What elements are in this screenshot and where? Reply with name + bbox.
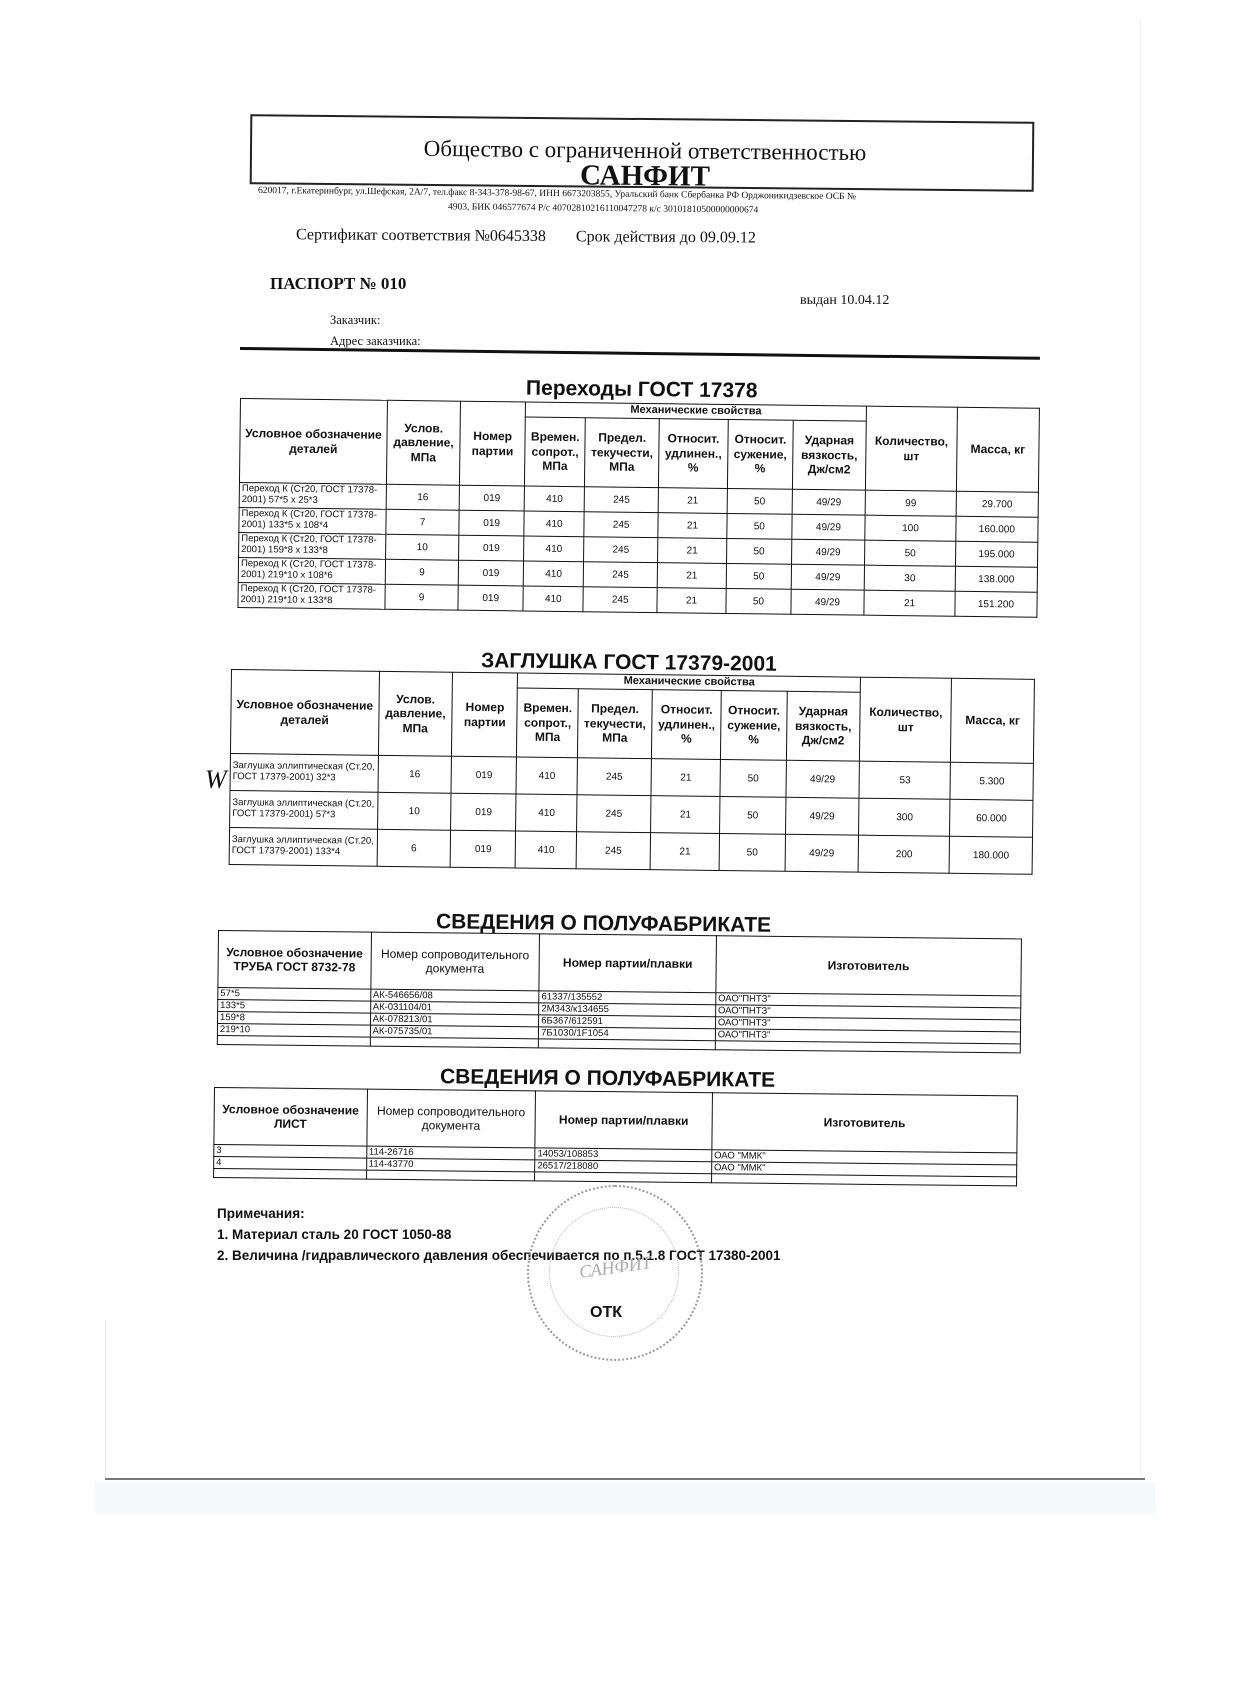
empty-cell <box>370 1037 539 1048</box>
designation-value: 219*10 <box>217 1024 370 1038</box>
elongation-value: 21 <box>651 796 721 834</box>
org-bank-details: 4903, БИК 046577674 Р/с 4070281021611004… <box>448 202 758 215</box>
stamp-label: ОТК <box>590 1304 622 1322</box>
part-designation: Заглушка эллиптическая (Ст.20, ГОСТ 1737… <box>230 790 378 829</box>
quantity-value: 50 <box>865 540 956 566</box>
mass-value: 195.000 <box>955 541 1037 567</box>
quantity-value: 99 <box>865 490 956 516</box>
batch-heat-value: 6Б367/612591 <box>539 1015 716 1029</box>
semi-pipe-table: Условное обозначение ТРУБА ГОСТ 8732-78Н… <box>217 930 1022 1053</box>
col-header-quantity: Количество, шт <box>860 677 952 762</box>
document-value: АК-078213/01 <box>370 1013 539 1027</box>
customer-label: Заказчик: <box>330 313 380 328</box>
yield-value: 245 <box>584 537 658 563</box>
elongation-value: 21 <box>658 488 727 514</box>
mass-value: 180.000 <box>949 836 1032 874</box>
contraction-value: 50 <box>726 563 791 589</box>
semi-sheet-table: Условное обозначение ЛИСТНомер сопроводи… <box>213 1087 1018 1186</box>
designation-value: 159*8 <box>218 1012 371 1026</box>
notes-title: Примечания: <box>217 1203 781 1224</box>
mass-value: 160.000 <box>956 516 1038 542</box>
divider <box>240 347 1040 360</box>
col-header-elongation: Относит. удлинен., % <box>658 419 728 489</box>
tensile-value: 410 <box>516 757 577 795</box>
contraction-value: 50 <box>727 513 792 539</box>
col-header-yield: Предел. текучести, МПа <box>585 418 659 488</box>
certificate-validity: Срок действия до 09.09.12 <box>576 228 756 246</box>
col-header-batch: Номер партии <box>452 672 518 757</box>
col-header-designation: Условное обозначение ТРУБА ГОСТ 8732-78 <box>218 931 371 990</box>
quantity-value: 100 <box>865 515 956 541</box>
quantity-value: 300 <box>859 798 951 836</box>
mass-value: 5.300 <box>950 762 1033 800</box>
part-designation: Переход К (Ст20, ГОСТ 17378-2001) 219*10… <box>238 582 385 609</box>
contraction-value: 50 <box>720 759 786 797</box>
impact-value: 49/29 <box>791 539 865 565</box>
yield-value: 245 <box>584 562 658 588</box>
batch-heat-value: 26517/218080 <box>535 1160 712 1174</box>
yield-value: 245 <box>584 512 658 538</box>
col-header-batch-heat: Номер партии/плавки <box>535 1091 712 1150</box>
designation-value: 133*5 <box>218 1000 371 1014</box>
col-header-document: Номер сопроводительного документа <box>370 932 539 991</box>
part-designation: Переход К (Ст20, ГОСТ 17378-2001) 133*5 … <box>239 507 386 534</box>
batch-value: 019 <box>458 560 523 586</box>
quantity-value: 200 <box>858 835 950 873</box>
col-header-document: Номер сопроводительного документа <box>366 1089 535 1148</box>
scan-artifact <box>95 1482 1155 1514</box>
elongation-value: 21 <box>651 759 721 797</box>
impact-value: 49/29 <box>785 834 859 872</box>
otk-stamp: САНФИТ ОТК <box>527 1185 703 1361</box>
elongation-value: 21 <box>650 833 720 871</box>
empty-cell <box>711 1174 1016 1186</box>
col-header-mass: Масса, кг <box>951 678 1035 763</box>
caps-table: Условное обозначение деталейУслов. давле… <box>229 669 1035 875</box>
empty-cell <box>214 1169 367 1180</box>
impact-value: 49/29 <box>792 489 866 515</box>
pressure-value: 6 <box>377 829 451 867</box>
part-designation: Переход К (Ст20, ГОСТ 17378-2001) 159*8 … <box>239 532 386 559</box>
tensile-value: 410 <box>524 486 585 512</box>
batch-value: 019 <box>451 793 517 831</box>
mass-value: 60.000 <box>950 799 1033 837</box>
empty-cell <box>715 1041 1020 1053</box>
col-header-tensile: Времен. сопрот., МПа <box>517 688 579 758</box>
mass-value: 138.000 <box>955 566 1037 592</box>
col-header-quantity: Количество, шт <box>866 406 958 491</box>
batch-value: 019 <box>459 485 524 511</box>
empty-cell <box>217 1035 370 1046</box>
batch-value: 019 <box>451 756 517 794</box>
pressure-value: 10 <box>385 534 459 560</box>
col-header-contraction: Относит. сужение, % <box>721 690 787 760</box>
yield-value: 245 <box>583 587 657 613</box>
part-designation: Заглушка эллиптическая (Ст.20, ГОСТ 1737… <box>229 827 377 866</box>
pressure-value: 10 <box>377 792 451 830</box>
yield-value: 245 <box>577 795 651 833</box>
col-header-contraction: Относит. сужение, % <box>727 419 793 489</box>
col-header-impact: Ударная вязкость, Дж/см2 <box>792 420 866 490</box>
col-header-yield: Предел. текучести, МПа <box>578 689 653 759</box>
tensile-value: 410 <box>524 536 585 562</box>
batch-value: 019 <box>450 830 516 868</box>
pressure-value: 9 <box>385 584 459 610</box>
col-header-manufacturer: Изготовитель <box>716 936 1022 996</box>
scan-artifact <box>1140 20 1141 1480</box>
contraction-value: 50 <box>726 538 791 564</box>
tensile-value: 410 <box>523 561 584 587</box>
impact-value: 49/29 <box>791 564 865 590</box>
batch-heat-value: 61337/135552 <box>539 991 716 1005</box>
issued-date: выдан 10.04.12 <box>800 293 889 309</box>
empty-cell <box>538 1039 715 1050</box>
mass-value: 29.700 <box>956 491 1038 517</box>
col-header-designation: Условное обозначение деталей <box>230 670 379 756</box>
elongation-value: 21 <box>657 538 726 564</box>
col-header-elongation: Относит. удлинен., % <box>651 690 721 760</box>
document-value: АК-546656/08 <box>370 989 539 1003</box>
scan-edge <box>105 1478 1145 1480</box>
document-value: АК-075735/01 <box>370 1025 539 1039</box>
transitions-title: Переходы ГОСТ 17378 <box>526 377 758 404</box>
document-value: 114-43770 <box>366 1158 535 1172</box>
impact-value: 49/29 <box>785 797 859 835</box>
empty-cell <box>535 1172 712 1183</box>
batch-heat-value: 14053/108853 <box>535 1148 712 1162</box>
customer-address-label: Адрес заказчика: <box>330 334 421 349</box>
contraction-value: 50 <box>720 796 786 834</box>
col-header-designation: Условное обозначение деталей <box>239 399 387 485</box>
document-value: 114-26716 <box>366 1146 535 1160</box>
impact-value: 49/29 <box>791 589 865 615</box>
col-header-impact: Ударная вязкость, Дж/см2 <box>786 691 861 761</box>
batch-value: 019 <box>458 585 523 611</box>
impact-value: 49/29 <box>792 514 866 540</box>
contraction-value: 50 <box>726 588 791 614</box>
empty-cell <box>366 1170 535 1181</box>
yield-value: 245 <box>585 487 659 513</box>
yield-value: 245 <box>577 758 651 796</box>
pressure-value: 16 <box>378 755 452 793</box>
part-designation: Переход К (Ст20, ГОСТ 17378-2001) 57*5 х… <box>239 482 386 509</box>
col-header-batch-heat: Номер партии/плавки <box>539 934 716 993</box>
quantity-value: 53 <box>859 761 951 799</box>
elongation-value: 21 <box>657 563 726 589</box>
batch-value: 019 <box>459 510 524 536</box>
document-value: АК-031104/01 <box>370 1001 539 1015</box>
pressure-value: 9 <box>385 559 459 585</box>
batch-value: 019 <box>459 535 524 561</box>
pressure-value: 7 <box>386 509 460 535</box>
batch-heat-value: 7Б1030/1F1054 <box>539 1027 716 1041</box>
tensile-value: 410 <box>516 794 577 832</box>
contraction-value: 50 <box>727 488 792 514</box>
contraction-value: 50 <box>719 833 785 871</box>
pressure-value: 16 <box>386 484 460 510</box>
mass-value: 151.200 <box>955 591 1037 617</box>
yield-value: 245 <box>576 832 650 870</box>
passport-title: ПАСПОРТ № 010 <box>270 274 406 294</box>
tensile-value: 410 <box>516 831 577 869</box>
scan-artifact <box>105 1320 106 1480</box>
elongation-value: 21 <box>657 588 726 614</box>
batch-heat-value: 2М343/к134655 <box>539 1003 716 1017</box>
semi-sheet-title: СВЕДЕНИЯ О ПОЛУФАБРИКАТЕ <box>440 1065 775 1093</box>
handwritten-mark: W <box>205 765 227 795</box>
col-header-pressure: Услов. давление, МПа <box>386 400 460 485</box>
col-header-designation: Условное обозначение ЛИСТ <box>214 1088 367 1147</box>
col-header-pressure: Услов. давление, МПа <box>378 671 453 756</box>
col-header-tensile: Времен. сопрот., МПа <box>524 417 585 487</box>
part-designation: Заглушка эллиптическая (Ст.20, ГОСТ 1737… <box>230 753 378 792</box>
elongation-value: 21 <box>658 513 727 539</box>
part-designation: Переход К (Ст20, ГОСТ 17378-2001) 219*10… <box>238 557 385 584</box>
transitions-table: Условное обозначение деталейУслов. давле… <box>237 398 1040 618</box>
quantity-value: 21 <box>864 590 955 616</box>
quantity-value: 30 <box>864 565 955 591</box>
tensile-value: 410 <box>524 511 585 537</box>
certificate-number: Сертификат соответствия №0645338 <box>296 226 546 245</box>
passport-document: Общество с ограниченной ответственностью… <box>0 0 1240 1694</box>
certificate-line: Сертификат соответствия №0645338 Срок де… <box>296 226 782 247</box>
impact-value: 49/29 <box>785 760 859 798</box>
col-header-mass: Масса, кг <box>956 407 1039 492</box>
tensile-value: 410 <box>523 586 584 612</box>
col-header-batch: Номер партии <box>460 401 526 486</box>
col-header-manufacturer: Изготовитель <box>712 1093 1018 1153</box>
